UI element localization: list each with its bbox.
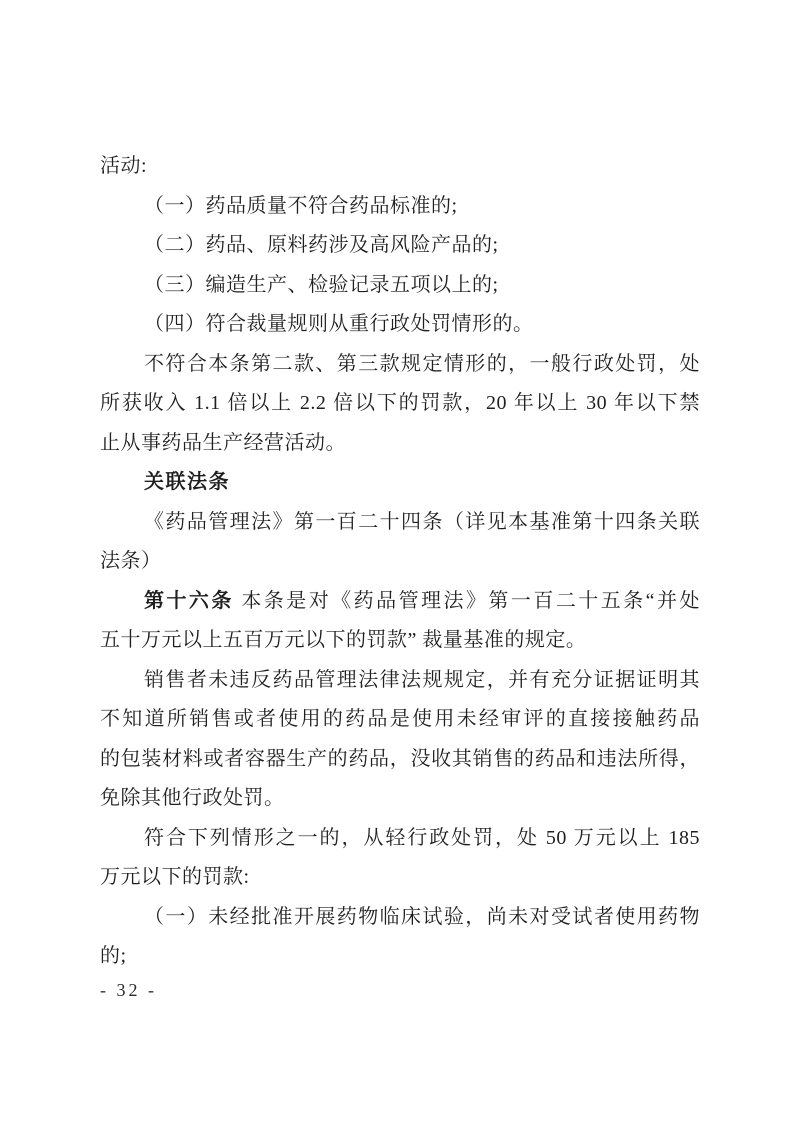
text-line: 符合下列情形之一的，从轻行政处罚，处 50 万元以上 185 bbox=[100, 819, 700, 859]
line-text: （二）药品、原料药涉及高风险产品的; bbox=[144, 234, 499, 256]
text-line: 五十万元以上五百万元以下的罚款” 裁量基准的规定。 bbox=[100, 621, 700, 661]
line-text: 《药品管理法》第一百二十四条（详见本基准第十四条关联 bbox=[144, 511, 700, 533]
text-line: 免除其他行政处罚。 bbox=[100, 779, 700, 819]
line-text: 所获收入 1.1 倍以上 2.2 倍以下的罚款，20 年以上 30 年以下禁 bbox=[100, 392, 700, 414]
line-text: （一）未经批准开展药物临床试验，尚未对受试者使用药物 bbox=[144, 906, 700, 928]
article-16-number: 第十六条 bbox=[144, 590, 234, 612]
line-text: （四）符合裁量规则从重行政处罚情形的。 bbox=[144, 313, 534, 335]
line-text: 免除其他行政处罚。 bbox=[100, 787, 285, 809]
text-line: 不符合本条第二款、第三款规定情形的，一般行政处罚，处 bbox=[100, 345, 700, 385]
line-text: 的包装材料或者容器生产的药品，没收其销售的药品和违法所得， bbox=[100, 748, 700, 770]
text-line: 法条） bbox=[100, 542, 700, 582]
document-page: 活动: （一）药品质量不符合药品标准的; （二）药品、原料药涉及高风险产品的; … bbox=[0, 0, 793, 1122]
list-item-2: （二）药品、原料药涉及高风险产品的; bbox=[100, 226, 700, 266]
line-text: 活动: bbox=[100, 155, 147, 177]
article-16-line: 第十六条 本条是对《药品管理法》第一百二十五条“并处 bbox=[100, 582, 700, 622]
line-text: 万元以下的罚款: bbox=[100, 866, 250, 888]
section-heading-related-articles: 关联法条 bbox=[100, 463, 700, 503]
line-text: 本条是对《药品管理法》第一百二十五条“并处 bbox=[234, 590, 700, 612]
heading-text: 关联法条 bbox=[144, 471, 230, 493]
text-line: 销售者未违反药品管理法律法规规定，并有充分证据证明其 bbox=[100, 661, 700, 701]
line-text: （三）编造生产、检验记录五项以上的; bbox=[144, 274, 499, 296]
line-text: 销售者未违反药品管理法律法规规定，并有充分证据证明其 bbox=[144, 669, 700, 691]
line-text: 法条） bbox=[100, 550, 162, 572]
list-item-1b: （一）未经批准开展药物临床试验，尚未对受试者使用药物 bbox=[100, 898, 700, 938]
text-line: 的; bbox=[100, 937, 700, 977]
document-body: 活动: （一）药品质量不符合药品标准的; （二）药品、原料药涉及高风险产品的; … bbox=[100, 147, 700, 977]
list-item-4: （四）符合裁量规则从重行政处罚情形的。 bbox=[100, 305, 700, 345]
line-text: 符合下列情形之一的，从轻行政处罚，处 50 万元以上 185 bbox=[144, 827, 700, 849]
line-text: （一）药品质量不符合药品标准的; bbox=[144, 195, 458, 217]
line-text: 五十万元以上五百万元以下的罚款” 裁量基准的规定。 bbox=[100, 629, 586, 651]
text-line: 《药品管理法》第一百二十四条（详见本基准第十四条关联 bbox=[100, 503, 700, 543]
text-line: 不知道所销售或者使用的药品是使用未经审评的直接接触药品 bbox=[100, 700, 700, 740]
line-text: 不符合本条第二款、第三款规定情形的，一般行政处罚，处 bbox=[144, 353, 700, 375]
text-line: 活动: bbox=[100, 147, 700, 187]
list-item-1: （一）药品质量不符合药品标准的; bbox=[100, 187, 700, 227]
text-line: 万元以下的罚款: bbox=[100, 858, 700, 898]
text-line: 止从事药品生产经营活动。 bbox=[100, 424, 700, 464]
line-text: 不知道所销售或者使用的药品是使用未经审评的直接接触药品 bbox=[100, 708, 700, 730]
text-line: 的包装材料或者容器生产的药品，没收其销售的药品和违法所得， bbox=[100, 740, 700, 780]
line-text: 止从事药品生产经营活动。 bbox=[100, 432, 346, 454]
line-text: 的; bbox=[100, 945, 127, 967]
list-item-3: （三）编造生产、检验记录五项以上的; bbox=[100, 266, 700, 306]
page-number: - 32 - bbox=[100, 978, 157, 1002]
text-line: 所获收入 1.1 倍以上 2.2 倍以下的罚款，20 年以上 30 年以下禁 bbox=[100, 384, 700, 424]
